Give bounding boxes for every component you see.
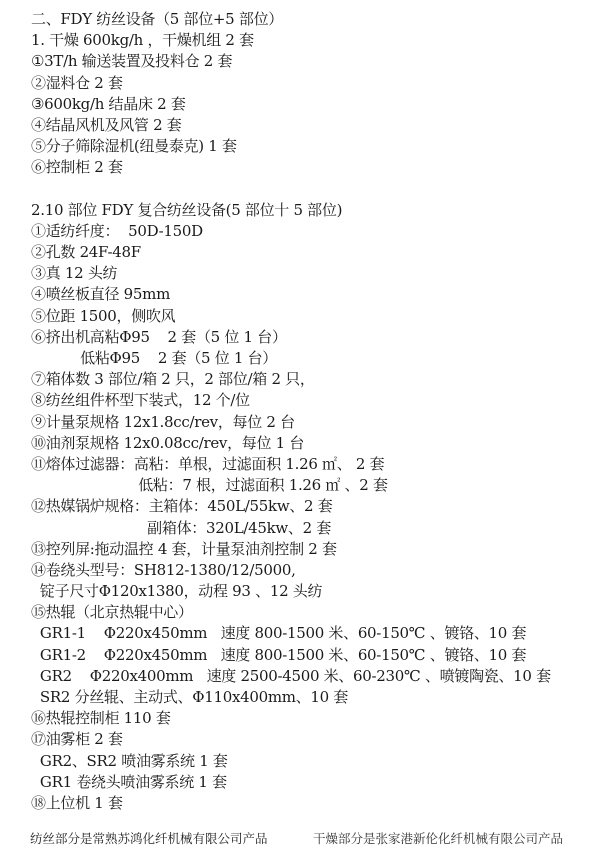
- spinning-line: ⑨计量泵规格 12x1.8cc/rev，每位 2 台: [31, 412, 591, 433]
- spinning-line: ④喷丝板直径 95mm: [31, 284, 591, 305]
- spinning-line: ①适纺纤度： 50D-150D: [31, 221, 591, 242]
- spinning-line: ⑤位距 1500，侧吹风: [31, 306, 591, 327]
- drying-item: ⑥控制柜 2 套: [31, 157, 591, 178]
- document-body: 二、FDY 纺丝设备（5 部位+5 部位） 1. 干燥 600kg/h ，干燥机…: [31, 9, 591, 814]
- spinning-line: ⑯热辊控制柜 110 套: [31, 708, 591, 729]
- spinning-line: ⑭卷绕头型号：SH812-1380/12/5000,: [31, 560, 591, 581]
- spinning-line: ⑩油剂泵规格 12x0.08cc/rev，每位 1 台: [31, 433, 591, 454]
- spinning-line: ⑦箱体数 3 部位/箱 2 只，2 部位/箱 2 只，: [31, 369, 591, 390]
- spinning-line: 低粘：7 根，过滤面积 1.26 ㎡ 、2 套: [31, 475, 591, 496]
- spinning-heading: 2.10 部位 FDY 复合纺丝设备(5 部位十 5 部位): [31, 200, 591, 221]
- spinning-line: 副箱体：320L/45kw、2 套: [31, 518, 591, 539]
- drying-item: ③600kg/h 结晶床 2 套: [31, 94, 591, 115]
- footer: 纺丝部分是常熟苏鸿化纤机械有限公司产品 干燥部分是张家港新伦化纤机械有限公司产品: [0, 829, 600, 851]
- drying-item: ②湿料仓 2 套: [31, 73, 591, 94]
- spinning-line: ⑧纺丝组件杯型下装式，12 个/位: [31, 390, 591, 411]
- spinning-line: ⑪熔体过滤器：高粘：单根，过滤面积 1.26 ㎡、 2 套: [31, 454, 591, 475]
- spinning-line: 锭子尺寸Φ120x1380，动程 93 、12 头纺: [31, 581, 591, 602]
- drying-item: ①3T/h 输送装置及投料仓 2 套: [31, 51, 591, 72]
- drying-item: ⑤分子筛除湿机(纽曼泰克) 1 套: [31, 136, 591, 157]
- spinning-line: GR2、SR2 喷油雾系统 1 套: [31, 751, 591, 772]
- spinning-line: ⑮热辊（北京热辊中心）: [31, 602, 591, 623]
- spinning-line: SR2 分丝辊、主动式、Φ110x400mm、10 套: [31, 687, 591, 708]
- spinning-line: ③真 12 头纺: [31, 263, 591, 284]
- spinning-line: ②孔数 24F-48F: [31, 242, 591, 263]
- spinning-line: ⑱上位机 1 套: [31, 793, 591, 814]
- spinning-line: ⑬控列屏:拖动温控 4 套，计量泵油剂控制 2 套: [31, 539, 591, 560]
- spacer: [31, 179, 591, 200]
- spinning-line: ⑰油雾柜 2 套: [31, 729, 591, 750]
- spinning-line: GR1 卷绕头喷油雾系统 1 套: [31, 772, 591, 793]
- drying-item: ④结晶风机及风管 2 套: [31, 115, 591, 136]
- section-title: 二、FDY 纺丝设备（5 部位+5 部位）: [31, 9, 591, 30]
- spinning-line: GR1-1 Φ220x450mm 速度 800-1500 米、60-150℃ 、…: [31, 623, 591, 644]
- footer-drying-source: 干燥部分是张家港新伦化纤机械有限公司产品: [313, 829, 563, 847]
- spinning-line: GR1-2 Φ220x450mm 速度 800-1500 米、60-150℃ 、…: [31, 645, 591, 666]
- spinning-line: ⑫热媒锅炉规格：主箱体：450L/55kw、2 套: [31, 496, 591, 517]
- spinning-line: GR2 Φ220x400mm 速度 2500-4500 米、60-230℃ 、喷…: [31, 666, 591, 687]
- spinning-line: 低粘Φ95 2 套（5 位 1 台）: [31, 348, 591, 369]
- footer-spinning-source: 纺丝部分是常熟苏鸿化纤机械有限公司产品: [30, 829, 268, 847]
- spinning-line: ⑥挤出机高粘Φ95 2 套（5 位 1 台）: [31, 327, 591, 348]
- drying-heading: 1. 干燥 600kg/h ，干燥机组 2 套: [31, 30, 591, 51]
